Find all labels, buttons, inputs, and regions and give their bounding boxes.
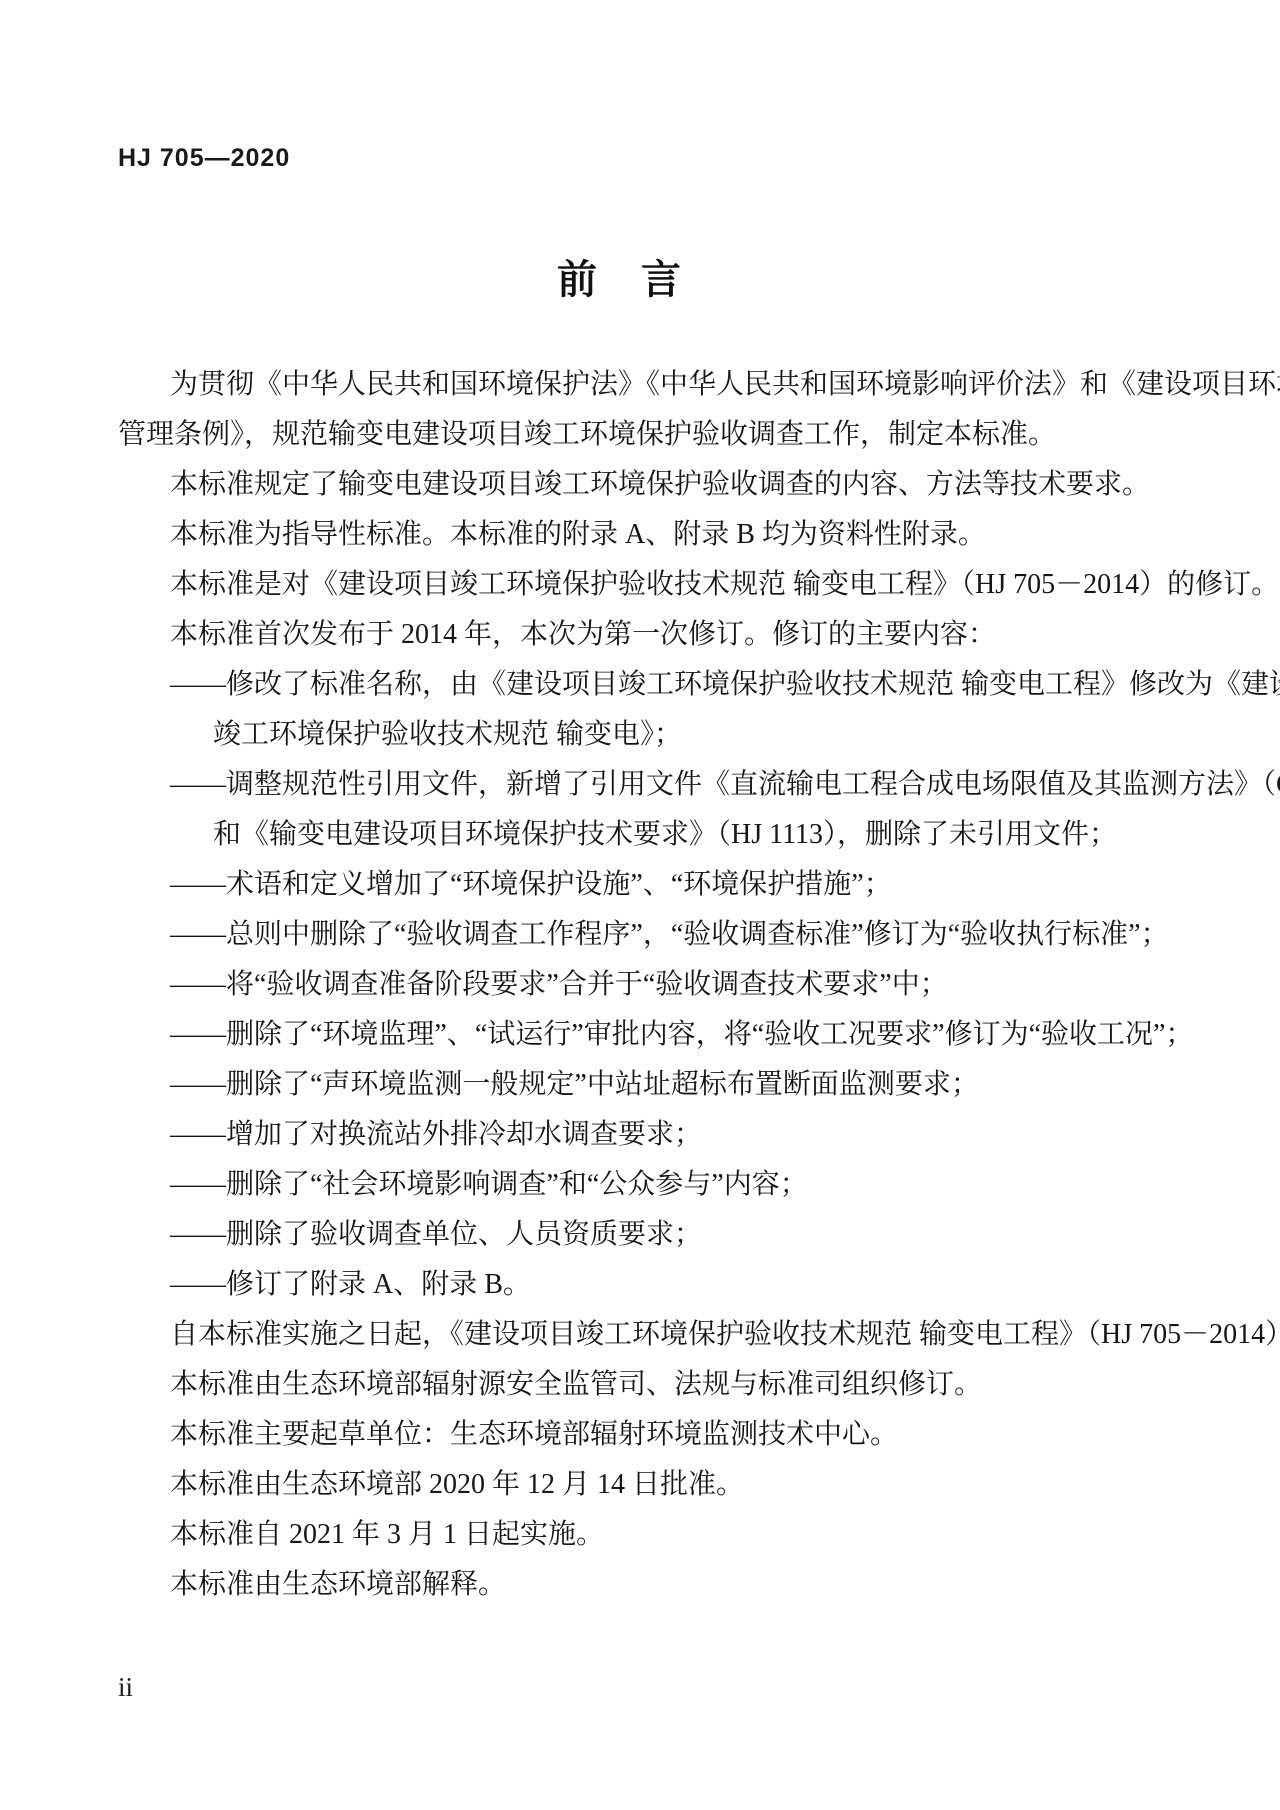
text-line: ——删除了“社会环境影响调查”和“公众参与”内容；	[118, 1160, 1188, 1210]
text-line: ——删除了“环境监理”、“试运行”审批内容，将“验收工况要求”修订为“验收工况”…	[118, 1010, 1188, 1060]
text-line: 本标准由生态环境部 2020 年 12 月 14 日批准。	[118, 1460, 1188, 1510]
text-line: 本标准规定了输变电建设项目竣工环境保护验收调查的内容、方法等技术要求。	[118, 460, 1188, 510]
text-line: 本标准为指导性标准。本标准的附录 A、附录 B 均为资料性附录。	[118, 510, 1188, 560]
text-line: 和《输变电建设项目环境保护技术要求》（HJ 1113），删除了未引用文件；	[118, 810, 1188, 860]
document-page: HJ 705—2020 前 言 为贯彻《中华人民共和国环境保护法》《中华人民共和…	[0, 0, 1280, 1810]
text-line: 本标准由生态环境部解释。	[118, 1560, 1188, 1610]
standard-code: HJ 705—2020	[118, 144, 290, 173]
page-title: 前 言	[0, 248, 1240, 305]
foreword-body: 为贯彻《中华人民共和国环境保护法》《中华人民共和国环境影响评价法》和《建设项目环…	[118, 360, 1188, 1610]
text-line: 自本标准实施之日起，《建设项目竣工环境保护验收技术规范 输变电工程》（HJ 70…	[118, 1310, 1188, 1360]
text-line: 本标准由生态环境部辐射源安全监管司、法规与标准司组织修订。	[118, 1360, 1188, 1410]
text-line: ——修订了附录 A、附录 B。	[118, 1260, 1188, 1310]
text-line: ——删除了验收调查单位、人员资质要求；	[118, 1210, 1188, 1260]
text-line: ——修改了标准名称，由《建设项目竣工环境保护验收技术规范 输变电工程》修改为《建…	[118, 660, 1188, 710]
page-number: ii	[118, 1672, 133, 1703]
text-line: ——总则中删除了“验收调查工作程序”，“验收调查标准”修订为“验收执行标准”；	[118, 910, 1188, 960]
text-line: ——增加了对换流站外排冷却水调查要求；	[118, 1110, 1188, 1160]
text-line: ——将“验收调查准备阶段要求”合并于“验收调查技术要求”中；	[118, 960, 1188, 1010]
text-line: 本标准是对《建设项目竣工环境保护验收技术规范 输变电工程》（HJ 705－201…	[118, 560, 1188, 610]
text-line: 本标准自 2021 年 3 月 1 日起实施。	[118, 1510, 1188, 1560]
text-line: 为贯彻《中华人民共和国环境保护法》《中华人民共和国环境影响评价法》和《建设项目环…	[118, 360, 1188, 410]
text-line: 本标准主要起草单位：生态环境部辐射环境监测技术中心。	[118, 1410, 1188, 1460]
text-line: 管理条例》，规范输变电建设项目竣工环境保护验收调查工作，制定本标准。	[118, 410, 1188, 460]
text-line: ——术语和定义增加了“环境保护设施”、“环境保护措施”；	[118, 860, 1188, 910]
text-line: 竣工环境保护验收技术规范 输变电》；	[118, 710, 1188, 760]
text-line: 本标准首次发布于 2014 年，本次为第一次修订。修订的主要内容：	[118, 610, 1188, 660]
text-line: ——调整规范性引用文件，新增了引用文件《直流输电工程合成电场限值及其监测方法》（…	[118, 760, 1188, 810]
text-line: ——删除了“声环境监测一般规定”中站址超标布置断面监测要求；	[118, 1060, 1188, 1110]
